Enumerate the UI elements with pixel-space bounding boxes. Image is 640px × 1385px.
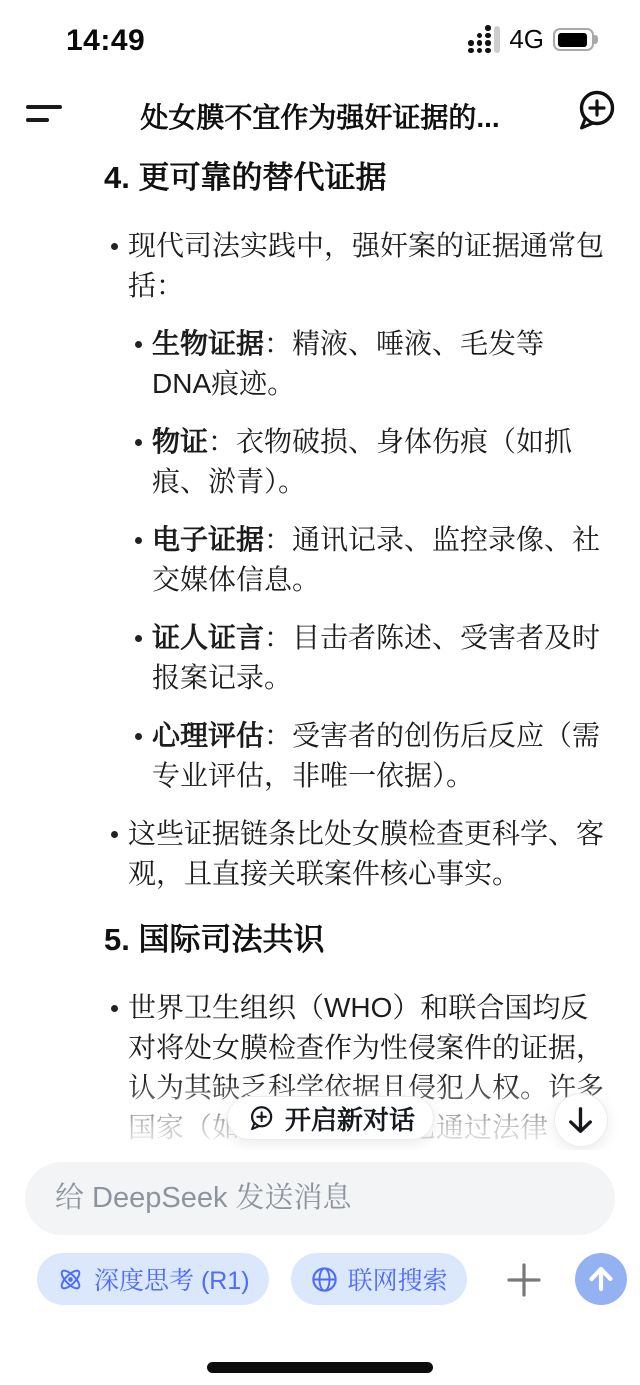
list-item: 心理评估：受害者的创伤后反应（需 专业评估，非唯一依据）。 xyxy=(104,716,616,796)
deepthink-r1-button[interactable]: 深度思考 (R1) xyxy=(37,1253,269,1305)
list-item: 物证：衣物破损、身体伤痕（如抓 痕、淤青）。 xyxy=(104,422,616,502)
list-item: 现代司法实践中，强奸案的证据通常包 括： xyxy=(104,226,616,306)
bullet-icon xyxy=(135,439,142,446)
bullet-icon xyxy=(135,537,142,544)
attach-button[interactable] xyxy=(505,1260,547,1300)
status-time: 14:49 xyxy=(66,24,145,58)
bullet-icon xyxy=(111,1005,118,1012)
battery-icon xyxy=(553,28,600,51)
new-chat-button[interactable] xyxy=(572,84,620,136)
network-type-label: 4G xyxy=(509,24,544,55)
cellular-signal-icon xyxy=(468,26,500,53)
status-right-group: 4G xyxy=(468,24,600,55)
composer-toolbar: 深度思考 (R1) 联网搜索 xyxy=(37,1253,467,1305)
web-search-button[interactable]: 联网搜索 xyxy=(291,1253,467,1305)
send-button[interactable] xyxy=(575,1253,627,1305)
sidebar-menu-button[interactable] xyxy=(22,92,68,134)
section-heading-5: 5. 国际司法共识 xyxy=(104,918,616,962)
bullet-icon xyxy=(135,635,142,642)
arrow-down-icon xyxy=(555,1095,606,1146)
bullet-icon xyxy=(135,341,142,348)
list-item: 电子证据：通讯记录、监控录像、社 交媒体信息。 xyxy=(104,520,616,600)
home-indicator[interactable] xyxy=(207,1362,433,1373)
list-item: 这些证据链条比处女膜检查更科学、客 观，且直接关联案件核心事实。 xyxy=(104,814,616,894)
bullet-icon xyxy=(111,831,118,838)
scroll-to-bottom-button[interactable] xyxy=(554,1093,608,1147)
chat-bubble-plus-icon xyxy=(572,84,620,136)
section-heading-4: 4. 更可靠的替代证据 xyxy=(104,156,616,200)
header: 处女膜不宜作为强奸证据的... xyxy=(0,84,640,140)
conversation-title: 处女膜不宜作为强奸证据的... xyxy=(80,96,560,136)
list-item: 生物证据：精液、唾液、毛发等 DNA痕迹。 xyxy=(104,324,616,404)
deepseek-app-screen: 14:49 4G 处女膜不宜作为强奸证据的... xyxy=(0,0,640,1385)
atom-icon xyxy=(56,1265,85,1294)
assistant-message: 4. 更可靠的替代证据 现代司法实践中，强奸案的证据通常包 括： 生物证据：精液… xyxy=(104,156,616,1166)
list-item: 证人证言：目击者陈述、受害者及时 报案记录。 xyxy=(104,618,616,698)
chat-bubble-plus-icon xyxy=(246,1102,276,1134)
plus-icon xyxy=(505,1261,543,1299)
arrow-up-icon xyxy=(575,1253,627,1305)
menu-icon xyxy=(26,105,62,109)
composer-panel: 深度思考 (R1) 联网搜索 xyxy=(0,1150,640,1385)
bullet-icon xyxy=(111,243,118,250)
status-bar: 14:49 4G xyxy=(0,22,640,64)
message-input[interactable] xyxy=(25,1162,615,1235)
globe-icon xyxy=(310,1265,339,1294)
start-new-chat-button[interactable]: 开启新对话 xyxy=(227,1096,434,1140)
bullet-icon xyxy=(135,733,142,740)
